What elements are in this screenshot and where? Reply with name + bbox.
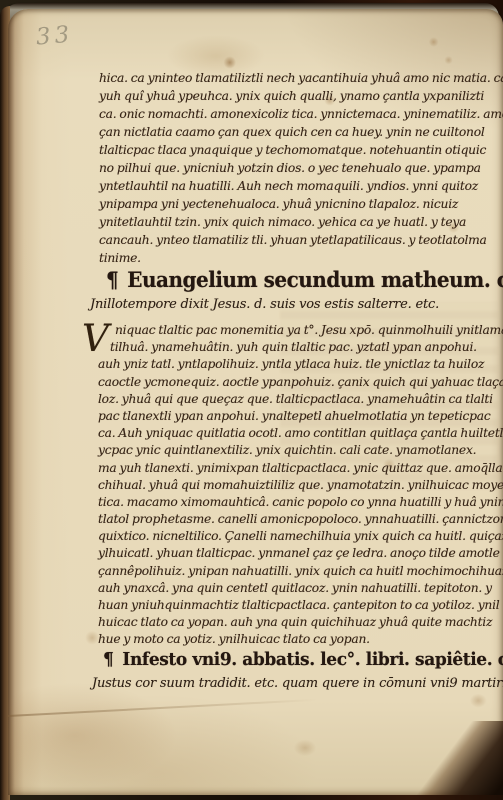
feast-incipit: Justus cor suum tradidit. etc. quam quer…	[92, 676, 503, 691]
manuscript-page: 33 hica. ca yninteo tlamatiliztli nech y…	[8, 9, 503, 795]
manuscript-line: quixtico. nicneltilico. Çanelli namechil…	[98, 528, 503, 545]
manuscript-line: huan yniuhquinmachtiz tlalticpactlaca. ç…	[98, 597, 503, 614]
manuscript-line: tica. macamo ximomauhticâ. canic popolo …	[98, 494, 503, 511]
feast-heading: ¶Infesto vni9. abbatis. lec°. libri. sap…	[103, 649, 503, 670]
manuscript-line: pac tlanextli ypan anpohui. ynaltepetl a…	[98, 408, 503, 425]
manuscript-line: hica. ca yninteo tlamatiliztli nech yaca…	[99, 69, 503, 87]
manuscript-line: loz. yhuâ qui que queçaz que. tlalticpac…	[98, 391, 503, 408]
manuscript-line: auh ynaxcâ. yna quin centetl quitlacoz. …	[98, 580, 503, 597]
manuscript-line: caoctle ycmonequiz. aoctle ypanpohuiz. ç…	[98, 374, 503, 391]
manuscript-line: huicac tlato ca yopan. auh yna quin quic…	[98, 614, 503, 631]
manuscript-line: niquac tlaltic pac monemitia ya t°. Jesu…	[98, 322, 503, 339]
manuscript-line: tinime.	[99, 249, 503, 267]
paper-crease	[8, 699, 318, 717]
pilcrow-icon: ¶	[106, 267, 118, 292]
manuscript-line: hue y moto ca yotiz. ynilhuicac tlato ca…	[98, 631, 503, 648]
pilcrow-icon: ¶	[103, 649, 113, 670]
manuscript-line: çannêpolihuiz. ynipan nahuatilli. ynix q…	[98, 563, 503, 580]
gospel-heading: ¶Euangelium secundum matheum. cap. v.	[106, 267, 503, 292]
manuscript-line: cancauh. ynteo tlamatiliz tli. yhuan yte…	[99, 231, 503, 249]
nahuatl-paragraph-1: hica. ca yninteo tlamatiliztli nech yaca…	[99, 69, 503, 267]
gospel-heading-text: Euangelium secundum matheum. cap. v.	[127, 267, 503, 292]
manuscript-line: auh yniz tatl. yntlapolihuiz. yntla ytla…	[98, 356, 503, 373]
manuscript-line: yntetlauhtil na huatilli. Auh nech momaq…	[99, 177, 503, 195]
manuscript-line: ycpac ynic quintlanextiliz. ynix quichti…	[98, 442, 503, 459]
manuscript-line: tilhuâ. ynamehuâtin. yuh quin tlaltic pa…	[98, 339, 503, 356]
feast-heading-text: Infesto vni9. abbatis. lec°. libri. sapi…	[122, 649, 503, 670]
manuscript-photo: 33 hica. ca yninteo tlamatiliztli nech y…	[0, 0, 503, 800]
manuscript-line: yuh quî yhuâ ypeuhca. ynix quich qualli,…	[99, 87, 503, 105]
manuscript-line: tlalticpac tlaca ynaquique y techomomatq…	[99, 141, 503, 159]
manuscript-line: ynitetlauhtil tzin. ynix quich nimaco. y…	[99, 213, 503, 231]
manuscript-line: tlatol prophetasme. canelli amonicpopolo…	[98, 511, 503, 528]
manuscript-line: ma yuh tlanexti. ynimixpan tlalticpactla…	[98, 460, 503, 477]
gospel-incipit: Jnillotempore dixit Jesus. d. suis vos e…	[90, 297, 439, 312]
pencil-folio-mark: 33	[35, 21, 74, 50]
manuscript-line: ynipampa yni yectenehualoca. yhuâ ynicni…	[99, 195, 503, 213]
manuscript-line: ca. Auh yniquac quitlatia ocotl. amo con…	[98, 425, 503, 442]
curled-page-corner	[385, 721, 503, 795]
manuscript-line: çan nictlatia caamo çan quex quich cen c…	[99, 123, 503, 141]
manuscript-line: chihual. yhuâ qui momahuiztililiz que. y…	[98, 477, 503, 494]
manuscript-line: no pilhui que. ynicniuh yotzin dios. o y…	[99, 159, 503, 177]
nahuatl-paragraph-2: niquac tlaltic pac monemitia ya t°. Jesu…	[98, 322, 503, 649]
manuscript-line: ca. onic nomachti. amonexicoliz tica. yn…	[99, 105, 503, 123]
manuscript-line: ylhuicatl. yhuan tlalticpac. ynmanel çaz…	[98, 545, 503, 562]
